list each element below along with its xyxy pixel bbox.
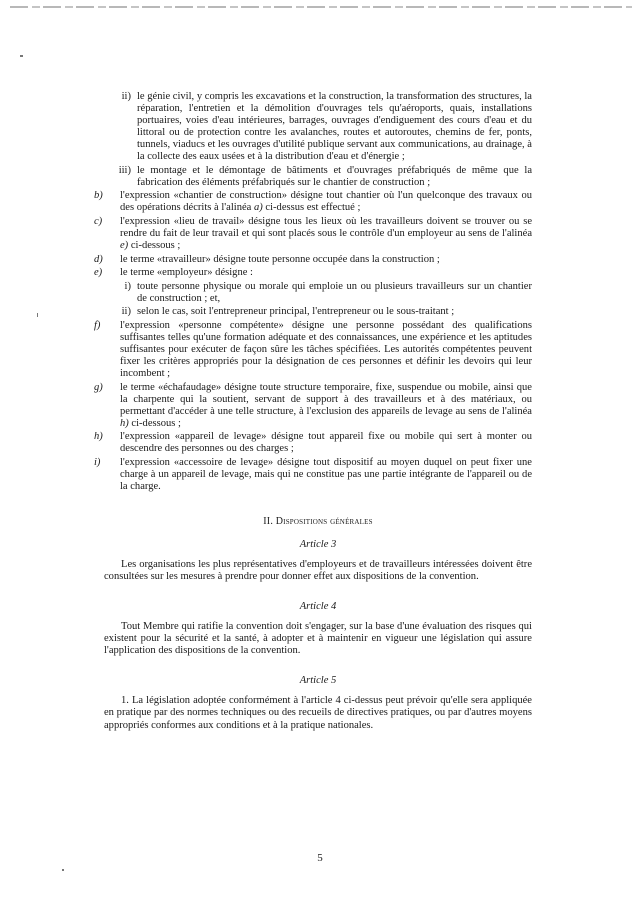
list-marker: d)	[94, 254, 110, 266]
definition-text: selon le cas, soit l'entrepreneur princi…	[137, 306, 454, 317]
list-marker: g)	[94, 382, 110, 394]
article-text: Tout Membre qui ratifie la convention do…	[104, 621, 532, 657]
document-page: ii) le génie civil, y compris les excava…	[104, 91, 532, 732]
definition-text: ci-dessus est effectué ;	[263, 202, 361, 213]
definition-text: l'expression «personne compétente» désig…	[120, 320, 532, 379]
definition-h: h) l'expression «appareil de levage» dés…	[104, 431, 532, 455]
section-number: II.	[263, 516, 273, 527]
definition-text: toute personne physique ou morale qui em…	[137, 281, 532, 304]
definition-text: l'expression «accessoire de levage» dési…	[120, 457, 532, 492]
scan-speck	[20, 55, 23, 57]
definition-g: g) le terme «échafaudage» désigne toute …	[104, 382, 532, 430]
definition-a-iii: iii) le montage et le démontage de bâtim…	[104, 165, 532, 189]
definition-text: le montage et le démontage de bâtiments …	[137, 165, 532, 188]
section-heading: II. Dispositions générales	[104, 516, 532, 528]
definition-text: l'expression «lieu de travail» désigne t…	[120, 216, 532, 239]
definition-e-ii: ii) selon le cas, soit l'entrepreneur pr…	[104, 306, 532, 318]
cross-reference: a)	[254, 202, 263, 213]
definition-f: f) l'expression «personne compétente» dé…	[104, 320, 532, 380]
definition-c: c) l'expression «lieu de travail» désign…	[104, 216, 532, 252]
definition-b: b) l'expression «chantier de constructio…	[104, 190, 532, 214]
list-marker: ii)	[104, 91, 131, 103]
list-marker: h)	[94, 431, 110, 443]
definition-e-i: i) toute personne physique ou morale qui…	[104, 281, 532, 305]
article-heading: Article 3	[104, 539, 532, 551]
scan-border-artifact	[10, 6, 632, 8]
article-4: Article 4 Tout Membre qui ratifie la con…	[104, 601, 532, 657]
list-marker: iii)	[104, 165, 131, 177]
article-heading: Article 4	[104, 601, 532, 613]
definition-text: le terme «employeur» désigne :	[120, 267, 253, 278]
page-number: 5	[0, 852, 640, 864]
definition-text: ci-dessous ;	[129, 418, 181, 429]
definition-text: le terme «travailleur» désigne toute per…	[120, 254, 440, 265]
scan-speck	[62, 869, 64, 871]
article-text: 1. La législation adoptée conformément à…	[104, 695, 532, 731]
definition-d: d) le terme «travailleur» désigne toute …	[104, 254, 532, 266]
list-marker: c)	[94, 216, 110, 228]
list-marker: e)	[94, 267, 110, 279]
scan-speck	[37, 313, 38, 317]
section-title: Dispositions générales	[276, 516, 373, 527]
cross-reference: e)	[120, 240, 128, 251]
list-marker: i)	[104, 281, 131, 293]
definition-text: ci-dessous ;	[128, 240, 180, 251]
list-marker: ii)	[104, 306, 131, 318]
article-heading: Article 5	[104, 675, 532, 687]
article-5: Article 5 1. La législation adoptée conf…	[104, 675, 532, 731]
article-text: Les organisations les plus représentativ…	[104, 559, 532, 583]
definition-text: l'expression «appareil de levage» désign…	[120, 431, 532, 454]
list-marker: b)	[94, 190, 110, 202]
definition-a-ii: ii) le génie civil, y compris les excava…	[104, 91, 532, 163]
definition-i: i) l'expression «accessoire de levage» d…	[104, 457, 532, 493]
cross-reference: h)	[120, 418, 129, 429]
article-3: Article 3 Les organisations les plus rep…	[104, 539, 532, 583]
definition-e: e) le terme «employeur» désigne :	[104, 267, 532, 279]
list-marker: f)	[94, 320, 110, 332]
definition-text: le terme «échafaudage» désigne toute str…	[120, 382, 532, 417]
definition-text: le génie civil, y compris les excavation…	[137, 91, 532, 162]
list-marker: i)	[94, 457, 110, 469]
